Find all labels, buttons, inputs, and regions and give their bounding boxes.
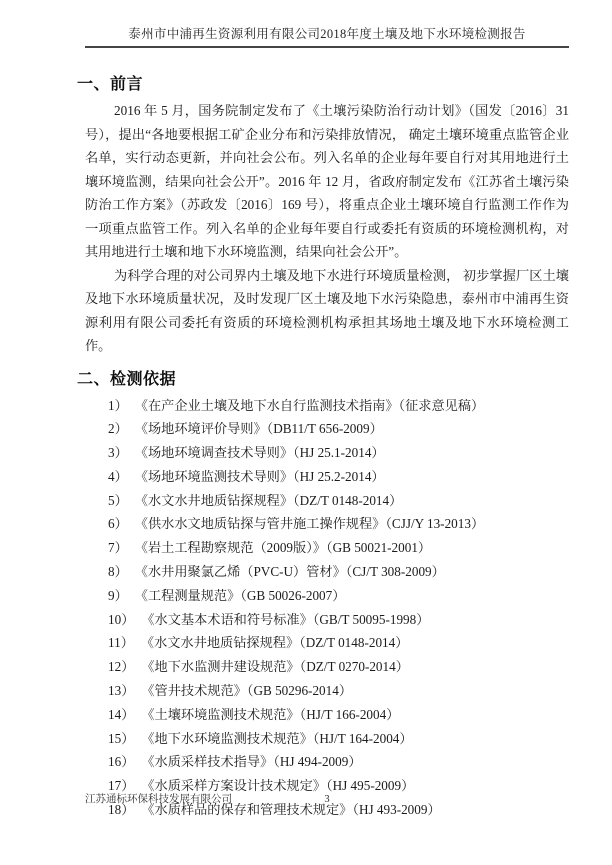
list-item-number: 7） bbox=[108, 536, 128, 560]
list-item: 2） 《场地环境评价导则》（DB11/T 656-2009） bbox=[108, 417, 569, 441]
section-heading-preface: 一、前言 bbox=[77, 74, 569, 95]
header-rule bbox=[85, 46, 569, 48]
list-item-number: 3） bbox=[108, 441, 128, 465]
list-item-text: 《管井技术规范》（GB 50296-2014） bbox=[141, 679, 569, 703]
page-header: 泰州市中浦再生资源利用有限公司2018年度土壤及地下水环境检测报告 bbox=[0, 0, 612, 48]
list-item-text: 《供水水文地质钻探与管井施工操作规程》（CJJ/Y 13-2013） bbox=[135, 512, 569, 536]
list-item-number: 1） bbox=[108, 394, 128, 418]
section-heading-basis: 二、检测依据 bbox=[77, 369, 569, 390]
preface-paragraph-2: 为科学合理的对公司界内土壤及地下水进行环境质量检测， 初步掌握厂区土壤及地下水环… bbox=[85, 264, 569, 358]
list-item: 14） 《土壤环境监测技术规范》（HJ/T 166-2004） bbox=[108, 703, 569, 727]
list-item-text: 《水井用聚氯乙烯（PVC-U）管材》（CJ/T 308-2009） bbox=[135, 560, 569, 584]
list-item-text: 《岩土工程勘察规范（2009版）》（GB 50021-2001） bbox=[135, 536, 569, 560]
page-footer: 江苏通标环保科技发展有限公司 3 bbox=[85, 791, 569, 806]
page-number: 3 bbox=[324, 794, 329, 805]
list-item-text: 《水质采样技术指导》（HJ 494-2009） bbox=[141, 750, 569, 774]
list-item: 10） 《水文基本术语和符号标准》（GB/T 50095-1998） bbox=[108, 608, 569, 632]
list-item: 12） 《地下水监测井建设规范》（DZ/T 0270-2014） bbox=[108, 655, 569, 679]
list-item-number: 6） bbox=[108, 512, 128, 536]
report-header-title: 泰州市中浦再生资源利用有限公司2018年度土壤及地下水环境检测报告 bbox=[85, 26, 569, 42]
list-item: 16） 《水质采样技术指导》（HJ 494-2009） bbox=[108, 750, 569, 774]
list-item-number: 14） bbox=[108, 703, 134, 727]
list-item: 5） 《水文水井地质钻探规程》（DZ/T 0148-2014） bbox=[108, 489, 569, 513]
list-item-number: 4） bbox=[108, 465, 128, 489]
list-item: 3） 《场地环境调查技术导则》（HJ 25.1-2014） bbox=[108, 441, 569, 465]
document-page: 泰州市中浦再生资源利用有限公司2018年度土壤及地下水环境检测报告 一、前言 2… bbox=[0, 0, 612, 865]
list-item: 6） 《供水水文地质钻探与管井施工操作规程》（CJJ/Y 13-2013） bbox=[108, 512, 569, 536]
list-item-number: 10） bbox=[108, 608, 134, 632]
list-item-text: 《地下水监测井建设规范》（DZ/T 0270-2014） bbox=[141, 655, 569, 679]
list-item: 4） 《场地环境监测技术导则》（HJ 25.2-2014） bbox=[108, 465, 569, 489]
list-item: 11） 《水文水井地质钻探规程》（DZ/T 0148-2014） bbox=[108, 631, 569, 655]
list-item-number: 9） bbox=[108, 584, 128, 608]
list-item-text: 《场地环境评价导则》（DB11/T 656-2009） bbox=[135, 417, 569, 441]
footer-company: 江苏通标环保科技发展有限公司 bbox=[85, 791, 324, 806]
list-item-text: 《场地环境调查技术导则》（HJ 25.1-2014） bbox=[135, 441, 569, 465]
list-item-number: 13） bbox=[108, 679, 134, 703]
list-item-text: 《水文水井地质钻探规程》（DZ/T 0148-2014） bbox=[135, 489, 569, 513]
list-item: 15） 《地下水环境监测技术规范》（HJ/T 164-2004） bbox=[108, 727, 569, 751]
list-item-text: 《水文基本术语和符号标准》（GB/T 50095-1998） bbox=[141, 608, 569, 632]
list-item: 8） 《水井用聚氯乙烯（PVC-U）管材》（CJ/T 308-2009） bbox=[108, 560, 569, 584]
list-item-number: 2） bbox=[108, 417, 128, 441]
list-item-number: 8） bbox=[108, 560, 128, 584]
list-item-text: 《水文水井地质钻探规程》（DZ/T 0148-2014） bbox=[141, 631, 569, 655]
page-content: 一、前言 2016 年 5 月，国务院制定发布了《土壤污染防治行动计划》（国发〔… bbox=[0, 74, 612, 822]
list-item: 13） 《管井技术规范》（GB 50296-2014） bbox=[108, 679, 569, 703]
list-item: 1） 《在产企业土壤及地下水自行监测技术指南》（征求意见稿） bbox=[108, 394, 569, 418]
list-item-text: 《地下水环境监测技术规范》（HJ/T 164-2004） bbox=[141, 727, 569, 751]
list-item-text: 《工程测量规范》（GB 50026-2007） bbox=[135, 584, 569, 608]
preface-paragraph-1: 2016 年 5 月，国务院制定发布了《土壤污染防治行动计划》（国发〔2016〕… bbox=[85, 99, 569, 264]
reference-list: 1） 《在产企业土壤及地下水自行监测技术指南》（征求意见稿） 2） 《场地环境评… bbox=[85, 394, 569, 822]
list-item: 7） 《岩土工程勘察规范（2009版）》（GB 50021-2001） bbox=[108, 536, 569, 560]
list-item-number: 11） bbox=[108, 631, 134, 655]
list-item-number: 16） bbox=[108, 750, 134, 774]
list-item-number: 5） bbox=[108, 489, 128, 513]
list-item: 9） 《工程测量规范》（GB 50026-2007） bbox=[108, 584, 569, 608]
list-item-text: 《土壤环境监测技术规范》（HJ/T 166-2004） bbox=[141, 703, 569, 727]
list-item-number: 15） bbox=[108, 727, 134, 751]
list-item-text: 《场地环境监测技术导则》（HJ 25.2-2014） bbox=[135, 465, 569, 489]
list-item-number: 12） bbox=[108, 655, 134, 679]
list-item-text: 《在产企业土壤及地下水自行监测技术指南》（征求意见稿） bbox=[135, 394, 569, 418]
